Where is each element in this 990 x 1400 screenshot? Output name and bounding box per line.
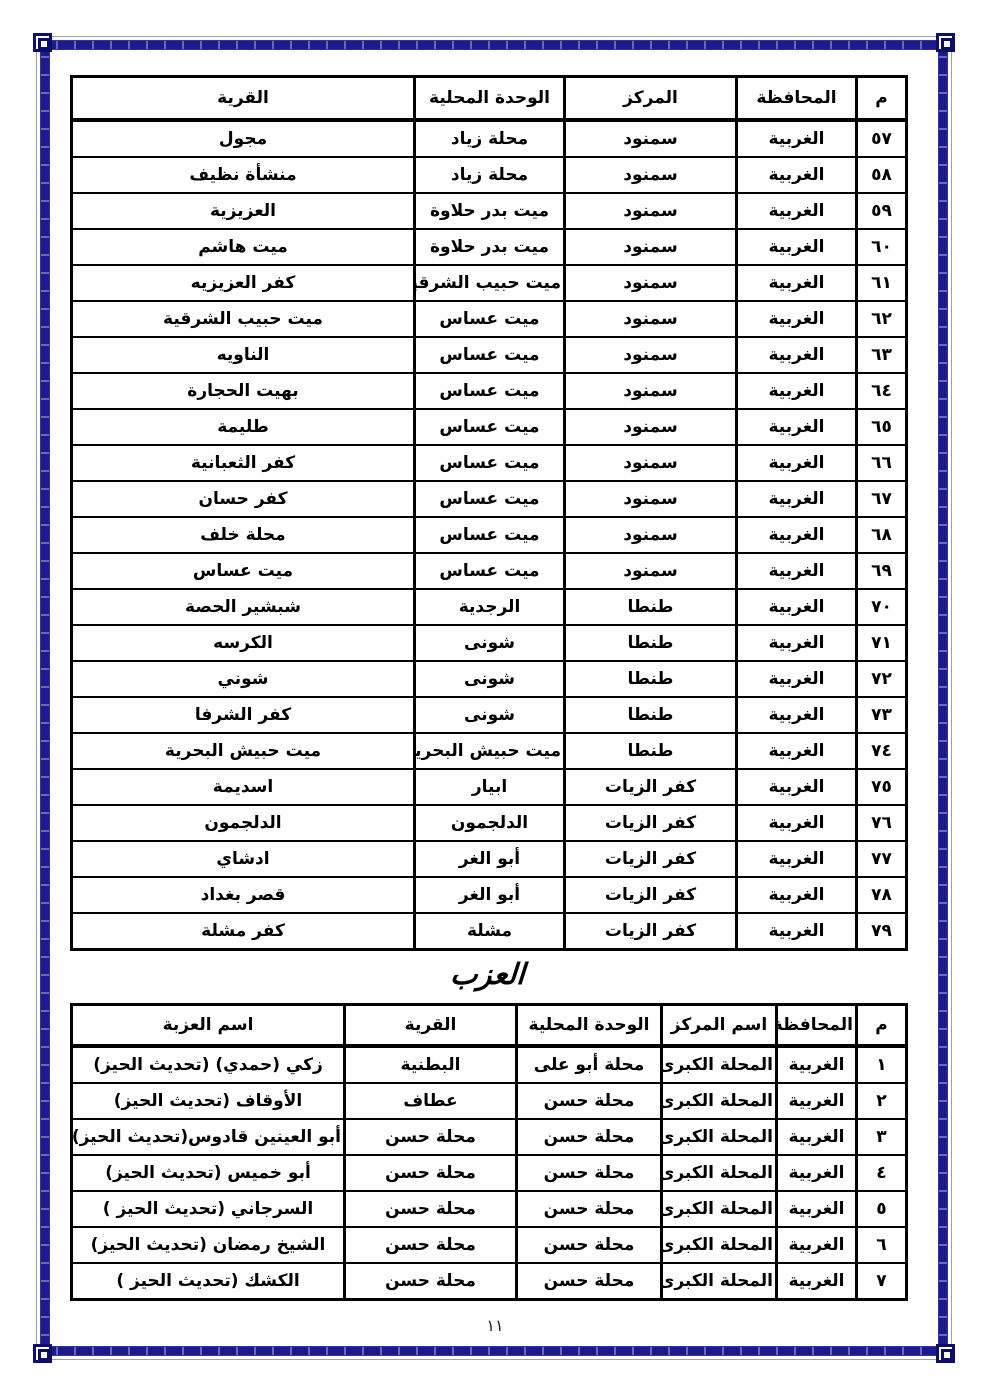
table-cell: المحلة الكبرى xyxy=(662,1046,777,1083)
table-cell: المحلة الكبرى xyxy=(662,1263,777,1300)
table-cell: ٧٧ xyxy=(857,841,907,877)
table-cell: ابيار xyxy=(415,769,565,805)
page-border-left xyxy=(40,40,50,1356)
table-cell: الكرسه xyxy=(72,625,415,661)
table-cell: الغربية xyxy=(737,841,857,877)
table-cell: الغربية xyxy=(737,337,857,373)
table-cell: شبشير الحصة xyxy=(72,589,415,625)
table-row: ٦٢الغربيةسمنودميت عساسميت حبيب الشرقية xyxy=(72,301,907,337)
border-corner-ornament-top-right xyxy=(936,33,955,52)
table-row: ٦٦الغربيةسمنودميت عساسكفر الثعبانية xyxy=(72,445,907,481)
ezab-table-header-row: م المحافظة اسم المركز الوحدة المحلية الق… xyxy=(72,1005,907,1047)
table-cell: سمنود xyxy=(565,553,737,589)
ezab-table: م المحافظة اسم المركز الوحدة المحلية الق… xyxy=(70,1003,908,1301)
table-cell: ميت هاشم xyxy=(72,229,415,265)
table-cell: بهيت الحجارة xyxy=(72,373,415,409)
table-cell: ميت حبيش البحرية xyxy=(415,733,565,769)
table-row: ٦١الغربيةسمنودميت حبيب الشرقيةكفر العزيز… xyxy=(72,265,907,301)
table-cell: ٦٢ xyxy=(857,301,907,337)
table-row: ٤الغربيةالمحلة الكبرىمحلة حسنمحلة حسنأبو… xyxy=(72,1155,907,1191)
table-cell: شونى xyxy=(415,661,565,697)
table-cell: الناويه xyxy=(72,337,415,373)
villages-table-header-row: م المحافظة المركز الوحدة المحلية القرية xyxy=(72,77,907,121)
table-cell: محلة حسن xyxy=(517,1083,662,1119)
table-cell: سمنود xyxy=(565,481,737,517)
border-corner-ornament-bottom-left xyxy=(33,1344,52,1363)
table-cell: ٧١ xyxy=(857,625,907,661)
table-cell: كفر الثعبانية xyxy=(72,445,415,481)
table-cell: ميت عساس xyxy=(415,337,565,373)
table-cell: المحلة الكبرى xyxy=(662,1227,777,1263)
table-cell: المحلة الكبرى xyxy=(662,1083,777,1119)
table-cell: ٧ xyxy=(857,1263,907,1300)
table-cell: ٧٩ xyxy=(857,913,907,950)
table-row: ٧١الغربيةطنطاشونىالكرسه xyxy=(72,625,907,661)
table-cell: سمنود xyxy=(565,120,737,157)
table-cell: الغربية xyxy=(737,733,857,769)
table-cell: محلة حسن xyxy=(517,1263,662,1300)
table-cell: أبو الغر xyxy=(415,877,565,913)
table-cell: الغربية xyxy=(737,661,857,697)
table-cell: سمنود xyxy=(565,193,737,229)
table-cell: الغربية xyxy=(737,120,857,157)
table-cell: كفر الزيات xyxy=(565,877,737,913)
table-cell: سمنود xyxy=(565,337,737,373)
table-cell: الدلجمون xyxy=(72,805,415,841)
table-cell: زكي (حمدي) (تحديث الحيز) xyxy=(72,1046,345,1083)
table-cell: ميت حبيب الشرقية xyxy=(72,301,415,337)
table-cell: الغربية xyxy=(737,301,857,337)
page-border-top xyxy=(40,40,948,50)
table-cell: سمنود xyxy=(565,229,737,265)
table-cell: الغربية xyxy=(737,229,857,265)
table-row: ٧٩الغربيةكفر الزياتمشلةكفر مشلة xyxy=(72,913,907,950)
table-row: ٧٨الغربيةكفر الزياتأبو الغرقصر بغداد xyxy=(72,877,907,913)
table-cell: المحلة الكبرى xyxy=(662,1191,777,1227)
table-row: ٥٧الغربيةسمنودمحلة زيادمجول xyxy=(72,120,907,157)
table-cell: طنطا xyxy=(565,697,737,733)
table-cell: البطنية xyxy=(345,1046,517,1083)
table-row: ٦٥الغربيةسمنودميت عساسطليمة xyxy=(72,409,907,445)
villages-table: م المحافظة المركز الوحدة المحلية القرية … xyxy=(70,75,908,951)
table-cell: طنطا xyxy=(565,661,737,697)
table-cell: محلة حسن xyxy=(345,1119,517,1155)
table-cell: كفر الزيات xyxy=(565,841,737,877)
table-cell: ٥٧ xyxy=(857,120,907,157)
table-cell: الغربية xyxy=(737,805,857,841)
border-corner-ornament-bottom-right xyxy=(936,1344,955,1363)
table-cell: ميت بدر حلاوة xyxy=(415,229,565,265)
table-cell: الغربية xyxy=(737,697,857,733)
table-cell: ٢ xyxy=(857,1083,907,1119)
table-cell: الغربية xyxy=(777,1263,857,1300)
table-cell: السرجاني (تحديث الحيز ) xyxy=(72,1191,345,1227)
table-cell: سمنود xyxy=(565,517,737,553)
table-cell: طنطا xyxy=(565,733,737,769)
table-cell: كفر حسان xyxy=(72,481,415,517)
header-village: القرية xyxy=(72,77,415,121)
table-cell: ميت عساس xyxy=(415,373,565,409)
page-border-bottom xyxy=(40,1346,948,1356)
table-cell: مشلة xyxy=(415,913,565,950)
table-cell: سمنود xyxy=(565,157,737,193)
table-cell: منشأة نظيف xyxy=(72,157,415,193)
table-cell: ٧٤ xyxy=(857,733,907,769)
table-cell: كفر الشرفا xyxy=(72,697,415,733)
table-cell: الدلجمون xyxy=(415,805,565,841)
table-cell: ٦٦ xyxy=(857,445,907,481)
table-row: ٧٢الغربيةطنطاشونىشوني xyxy=(72,661,907,697)
table-cell: الغربية xyxy=(737,193,857,229)
table-cell: ٧٦ xyxy=(857,805,907,841)
table-row: ٣الغربيةالمحلة الكبرىمحلة حسنمحلة حسنأبو… xyxy=(72,1119,907,1155)
table-row: ٧٤الغربيةطنطاميت حبيش البحريةميت حبيش ال… xyxy=(72,733,907,769)
table-cell: ميت عساس xyxy=(415,553,565,589)
header-serial: م xyxy=(857,1005,907,1047)
header-local-unit: الوحدة المحلية xyxy=(517,1005,662,1047)
table-cell: الغربية xyxy=(737,769,857,805)
table-cell: طنطا xyxy=(565,625,737,661)
table-cell: شوني xyxy=(72,661,415,697)
table-row: ٦٩الغربيةسمنودميت عساسميت عساس xyxy=(72,553,907,589)
table-cell: اسديمة xyxy=(72,769,415,805)
table-cell: ٥٨ xyxy=(857,157,907,193)
table-cell: محلة حسن xyxy=(345,1155,517,1191)
table-cell: ٣ xyxy=(857,1119,907,1155)
table-row: ٦٧الغربيةسمنودميت عساسكفر حسان xyxy=(72,481,907,517)
table-cell: الغربية xyxy=(737,625,857,661)
table-cell: كفر الزيات xyxy=(565,805,737,841)
table-cell: قصر بغداد xyxy=(72,877,415,913)
table-cell: كفر الزيات xyxy=(565,769,737,805)
table-cell: محلة حسن xyxy=(517,1155,662,1191)
table-cell: ٦٩ xyxy=(857,553,907,589)
table-cell: ميت عساس xyxy=(415,445,565,481)
table-cell: عطاف xyxy=(345,1083,517,1119)
table-cell: سمنود xyxy=(565,373,737,409)
table-cell: شونى xyxy=(415,697,565,733)
header-center-name: اسم المركز xyxy=(662,1005,777,1047)
table-row: ٢الغربيةالمحلة الكبرىمحلة حسنعطافالأوقاف… xyxy=(72,1083,907,1119)
table-cell: ٧٨ xyxy=(857,877,907,913)
table-cell: ٥٩ xyxy=(857,193,907,229)
table-cell: محلة حسن xyxy=(345,1191,517,1227)
table-row: ٦٨الغربيةسمنودميت عساسمحلة خلف xyxy=(72,517,907,553)
table-cell: محلة حسن xyxy=(517,1119,662,1155)
table-cell: ٧٥ xyxy=(857,769,907,805)
table-cell: طنطا xyxy=(565,589,737,625)
table-cell: ٦٤ xyxy=(857,373,907,409)
section-heading-ezab: العزب xyxy=(68,948,907,1000)
table-cell: ميت بدر حلاوة xyxy=(415,193,565,229)
table-row: ٥٩الغربيةسمنودميت بدر حلاوةالعزيزية xyxy=(72,193,907,229)
table-row: ٧٠الغربيةطنطاالرجديةشبشير الحصة xyxy=(72,589,907,625)
table-row: ٧٥الغربيةكفر الزياتابياراسديمة xyxy=(72,769,907,805)
table-cell: مجول xyxy=(72,120,415,157)
table-cell: الغربية xyxy=(777,1046,857,1083)
table-cell: محلة زياد xyxy=(415,157,565,193)
table-cell: أبو الغر xyxy=(415,841,565,877)
table-cell: سمنود xyxy=(565,445,737,481)
table-cell: الغربية xyxy=(737,589,857,625)
table-cell: المحلة الكبرى xyxy=(662,1119,777,1155)
table-cell: الغربية xyxy=(777,1227,857,1263)
table-cell: الغربية xyxy=(777,1083,857,1119)
table-cell: ١ xyxy=(857,1046,907,1083)
page-number: ١١ xyxy=(0,1316,990,1335)
table-cell: ميت عساس xyxy=(415,409,565,445)
table-cell: الغربية xyxy=(737,409,857,445)
table-row: ٥الغربيةالمحلة الكبرىمحلة حسنمحلة حسنالس… xyxy=(72,1191,907,1227)
table-row: ٦الغربيةالمحلة الكبرىمحلة حسنمحلة حسنالش… xyxy=(72,1227,907,1263)
table-cell: محلة زياد xyxy=(415,120,565,157)
border-corner-ornament-top-left xyxy=(33,33,52,52)
table-cell: ٦٧ xyxy=(857,481,907,517)
table-cell: أبو العينين قادوس(تحديث الحيز) xyxy=(72,1119,345,1155)
table-cell: الغربية xyxy=(737,157,857,193)
table-cell: الغربية xyxy=(737,877,857,913)
table-cell: ٦ xyxy=(857,1227,907,1263)
table-cell: ٦٣ xyxy=(857,337,907,373)
table-cell: ٧٣ xyxy=(857,697,907,733)
table-cell: سمنود xyxy=(565,409,737,445)
table-cell: الغربية xyxy=(737,265,857,301)
table-cell: ٧٠ xyxy=(857,589,907,625)
table-cell: الغربية xyxy=(737,517,857,553)
table-cell: الغربية xyxy=(777,1155,857,1191)
table-cell: المحلة الكبرى xyxy=(662,1155,777,1191)
header-village: القرية xyxy=(345,1005,517,1047)
header-local-unit: الوحدة المحلية xyxy=(415,77,565,121)
table-cell: أبو خميس (تحديث الحيز) xyxy=(72,1155,345,1191)
table-cell: ٧٢ xyxy=(857,661,907,697)
table-cell: ميت عساس xyxy=(415,481,565,517)
table-cell: شونى xyxy=(415,625,565,661)
table-row: ٧٧الغربيةكفر الزياتأبو الغرادشاي xyxy=(72,841,907,877)
table-cell: محلة أبو على xyxy=(517,1046,662,1083)
table-cell: الغربية xyxy=(737,445,857,481)
table-cell: كفر العزيزيه xyxy=(72,265,415,301)
table-cell: ٦١ xyxy=(857,265,907,301)
table-row: ٧الغربيةالمحلة الكبرىمحلة حسنمحلة حسنالك… xyxy=(72,1263,907,1300)
table-cell: محلة حسن xyxy=(517,1227,662,1263)
table-cell: ميت عساس xyxy=(415,301,565,337)
table-cell: الغربية xyxy=(737,481,857,517)
table-cell: محلة حسن xyxy=(517,1191,662,1227)
table-cell: الغربية xyxy=(777,1191,857,1227)
table-cell: الغربية xyxy=(737,913,857,950)
table-row: ٧٦الغربيةكفر الزياتالدلجمونالدلجمون xyxy=(72,805,907,841)
table-row: ٧٣الغربيةطنطاشونىكفر الشرفا xyxy=(72,697,907,733)
table-cell: الكشك (تحديث الحيز ) xyxy=(72,1263,345,1300)
table-cell: الشيخ رمضان (تحديث الحيز) xyxy=(72,1227,345,1263)
table-cell: ادشاي xyxy=(72,841,415,877)
table-cell: الغربية xyxy=(777,1119,857,1155)
table-cell: كفر الزيات xyxy=(565,913,737,950)
table-cell: محلة حسن xyxy=(345,1227,517,1263)
header-ezba-name: اسم العزبة xyxy=(72,1005,345,1047)
table-cell: سمنود xyxy=(565,265,737,301)
table-cell: ميت عساس xyxy=(72,553,415,589)
table-cell: ٦٨ xyxy=(857,517,907,553)
table-cell: ٦٠ xyxy=(857,229,907,265)
table-cell: ٥ xyxy=(857,1191,907,1227)
page-border-right xyxy=(938,40,948,1356)
header-governorate: المحافظة xyxy=(737,77,857,121)
table-cell: ٤ xyxy=(857,1155,907,1191)
table-cell: سمنود xyxy=(565,301,737,337)
table-cell: العزيزية xyxy=(72,193,415,229)
header-governorate: المحافظة xyxy=(777,1005,857,1047)
table-cell: ميت حبيب الشرقية xyxy=(415,265,565,301)
table-cell: الغربية xyxy=(737,373,857,409)
table-cell: طليمة xyxy=(72,409,415,445)
table-row: ٦٤الغربيةسمنودميت عساسبهيت الحجارة xyxy=(72,373,907,409)
table-cell: ميت عساس xyxy=(415,517,565,553)
table-cell: ٦٥ xyxy=(857,409,907,445)
header-center: المركز xyxy=(565,77,737,121)
header-serial: م xyxy=(857,77,907,121)
table-cell: محلة خلف xyxy=(72,517,415,553)
table-cell: كفر مشلة xyxy=(72,913,415,950)
table-row: ١الغربيةالمحلة الكبرىمحلة أبو علىالبطنية… xyxy=(72,1046,907,1083)
table-row: ٥٨الغربيةسمنودمحلة زيادمنشأة نظيف xyxy=(72,157,907,193)
table-cell: محلة حسن xyxy=(345,1263,517,1300)
table-cell: الأوقاف (تحديث الحيز) xyxy=(72,1083,345,1119)
table-cell: ميت حبيش البحرية xyxy=(72,733,415,769)
table-cell: الغربية xyxy=(737,553,857,589)
table-row: ٦٣الغربيةسمنودميت عساسالناويه xyxy=(72,337,907,373)
table-row: ٦٠الغربيةسمنودميت بدر حلاوةميت هاشم xyxy=(72,229,907,265)
table-cell: الرجدية xyxy=(415,589,565,625)
